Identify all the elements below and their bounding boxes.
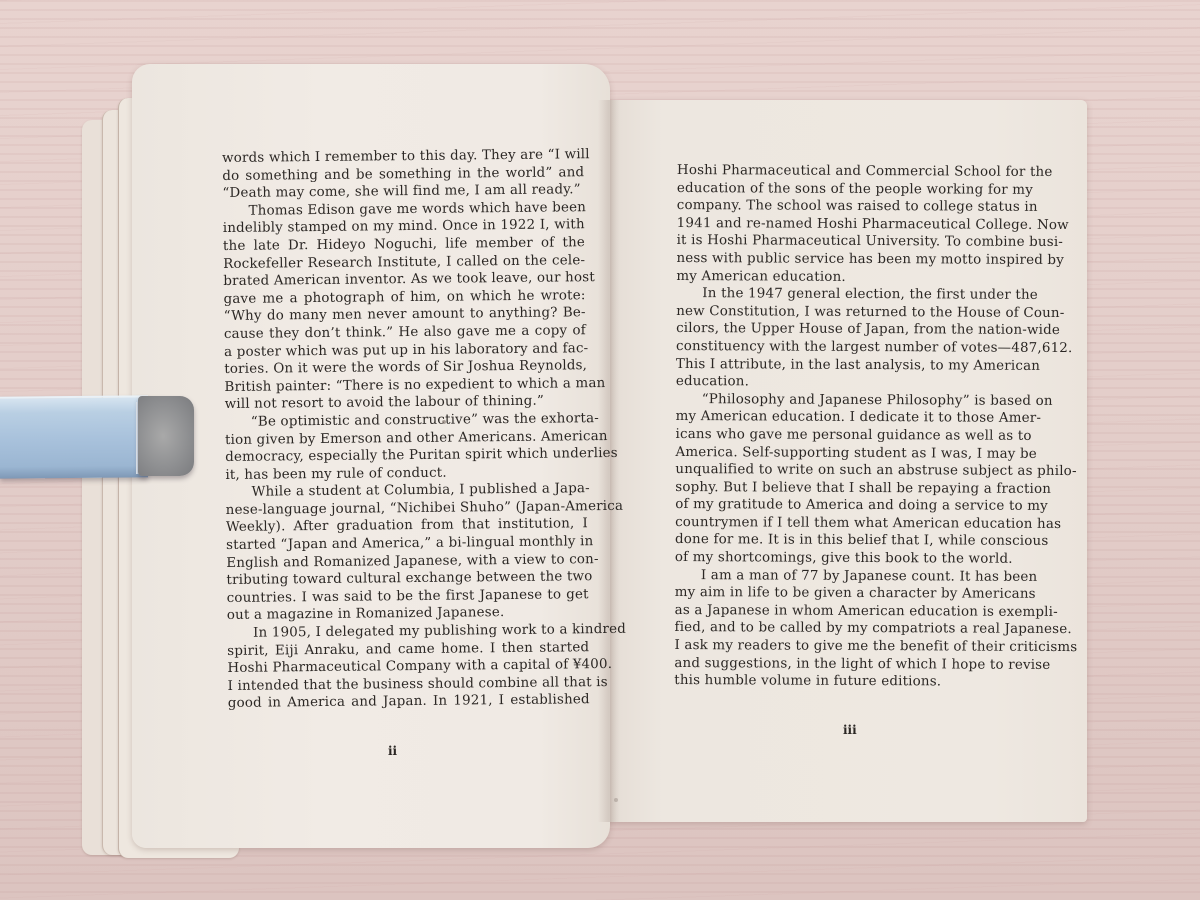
text-line: I am a man of 77 by Japanese count. It h… <box>675 567 1005 586</box>
text-line: In the 1947 general election, the first … <box>676 285 1006 304</box>
text-line: done for me. It is in this belief that I… <box>675 531 1005 550</box>
text-line: I ask my readers to give me the benefit … <box>674 637 1004 656</box>
text-line: America. Self-supporting student as I wa… <box>675 443 1005 462</box>
ink-spot <box>614 798 618 802</box>
text-line: my aim in life to be given a character b… <box>675 584 1005 603</box>
text-line: company. The school was raised to colleg… <box>677 197 1007 216</box>
text-line: countrymen if I tell them what American … <box>675 514 1005 533</box>
text-line: and suggestions, in the light of which I… <box>674 655 1004 674</box>
text-line: icans who gave me personal guidance as w… <box>676 426 1006 445</box>
text-line: it is Hoshi Pharmaceutical University. T… <box>677 232 1007 251</box>
ink-spot <box>442 420 446 424</box>
right-page-text: Hoshi Pharmaceutical and Commercial Scho… <box>674 162 1007 692</box>
text-line: Hoshi Pharmaceutical and Commercial Scho… <box>677 162 1007 181</box>
text-line: This I attribute, in the last analysis, … <box>676 356 1006 375</box>
metal-clip-bar <box>0 395 148 478</box>
text-line: education. <box>676 373 1006 392</box>
text-line: as a Japanese in whom American education… <box>675 602 1005 621</box>
text-line: new Constitution, I was returned to the … <box>676 303 1006 322</box>
text-line: of my gratitude to America and doing a s… <box>675 496 1005 515</box>
text-line: fied, and to be called by my compatriots… <box>675 619 1005 638</box>
page-number-right: iii <box>843 723 857 737</box>
text-line: “Philosophy and Japanese Philosophy” is … <box>676 391 1006 410</box>
text-line: ness with public service has been my mot… <box>676 250 1006 269</box>
text-line: this humble volume in future editions. <box>674 672 1004 691</box>
text-line: of my shortcomings, give this book to th… <box>675 549 1005 568</box>
left-page-text: words which I remember to this day. They… <box>222 146 590 713</box>
text-line: constituency with the largest number of … <box>676 338 1006 357</box>
text-line: 1941 and re-named Hoshi Pharmaceutical C… <box>677 215 1007 234</box>
text-line: education of the sons of the people work… <box>677 180 1007 199</box>
text-line: unqualified to write on such an abstruse… <box>675 461 1005 480</box>
page-number-left: ii <box>388 744 397 758</box>
metal-clip-end <box>138 396 194 476</box>
text-line: sophy. But I believe that I shall be rep… <box>675 479 1005 498</box>
text-line: my American education. I dedicate it to … <box>676 408 1006 427</box>
text-line: my American education. <box>676 268 1006 287</box>
text-line: cilors, the Upper House of Japan, from t… <box>676 320 1006 339</box>
